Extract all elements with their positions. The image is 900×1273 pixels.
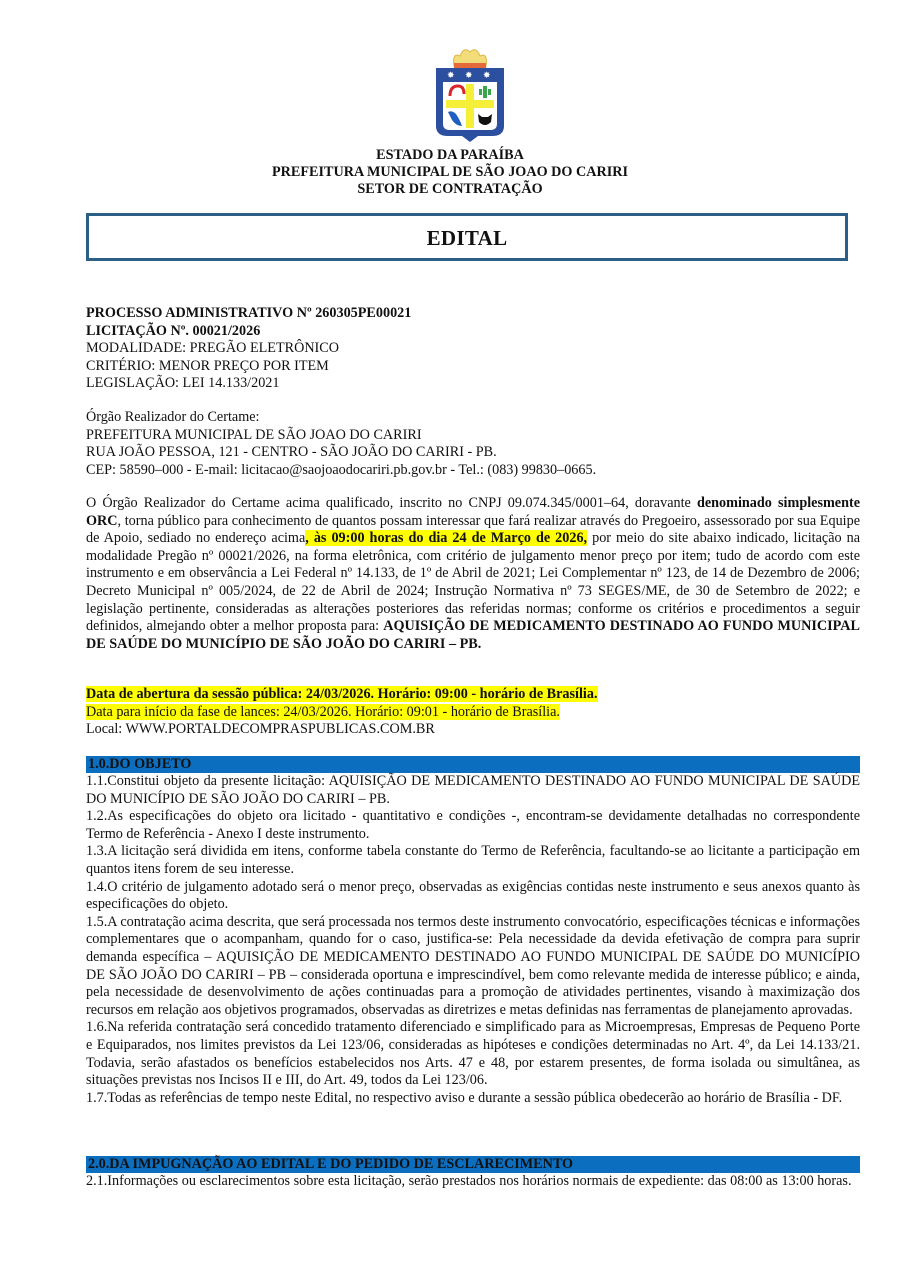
highlighted-session-time: , às 09:00 horas do dia 24 de Março de 2… bbox=[305, 530, 587, 546]
bidding-start-date: Data para início da fase de lances: 24/0… bbox=[86, 704, 560, 720]
page-title: EDITAL bbox=[89, 226, 845, 251]
list-item: 1.5.A contratação acima descrita, que se… bbox=[86, 914, 860, 1020]
session-opening-date: Data de abertura da sessão pública: 24/0… bbox=[86, 686, 598, 702]
orgao-name: PREFEITURA MUNICIPAL DE SÃO JOAO DO CARI… bbox=[86, 427, 860, 445]
list-item: 1.4.O critério de julgamento adotado ser… bbox=[86, 879, 860, 914]
process-info: PROCESSO ADMINISTRATIVO Nº 260305PE00021… bbox=[86, 305, 860, 393]
criterio: CRITÉRIO: MENOR PREÇO POR ITEM bbox=[86, 358, 860, 376]
orgao-email-link[interactable]: licitacao@saojoaodocariri.pb.gov.br bbox=[241, 462, 447, 478]
orgao-info: Órgão Realizador do Certame: PREFEITURA … bbox=[86, 409, 860, 479]
section-heading: 1.0.DO OBJETO bbox=[86, 756, 860, 773]
list-item: 1.7.Todas as referências de tempo neste … bbox=[86, 1090, 860, 1108]
header-municipality: PREFEITURA MUNICIPAL DE SÃO JOAO DO CARI… bbox=[0, 165, 900, 180]
section-objeto: 1.0.DO OBJETO 1.1.Constitui objeto da pr… bbox=[86, 756, 860, 1107]
edital-title-box: EDITAL bbox=[86, 213, 848, 261]
intro-paragraph: O Órgão Realizador do Certame acima qual… bbox=[86, 495, 860, 653]
modalidade: MODALIDADE: PREGÃO ELETRÔNICO bbox=[86, 340, 860, 358]
municipal-coat-of-arms-icon: ✸ ✸ ✸ bbox=[430, 44, 510, 144]
list-item: 1.1.Constitui objeto da presente licitaç… bbox=[86, 773, 860, 808]
section-heading: 2.0.DA IMPUGNAÇÃO AO EDITAL E DO PEDIDO … bbox=[86, 1156, 860, 1173]
licitacao-number: LICITAÇÃO Nº. 00021/2026 bbox=[86, 323, 860, 341]
svg-text:✸: ✸ bbox=[483, 71, 491, 81]
svg-text:✸: ✸ bbox=[447, 71, 455, 81]
list-item: 2.1.Informações ou esclarecimentos sobre… bbox=[86, 1173, 860, 1191]
header-state: ESTADO DA PARAÍBA bbox=[0, 148, 900, 163]
session-location: Local: WWW.PORTALDECOMPRASPUBLICAS.COM.B… bbox=[86, 721, 860, 739]
orgao-label: Órgão Realizador do Certame: bbox=[86, 409, 860, 427]
processo-number: PROCESSO ADMINISTRATIVO Nº 260305PE00021 bbox=[86, 305, 860, 323]
orgao-address: RUA JOÃO PESSOA, 121 - CENTRO - SÃO JOÃO… bbox=[86, 444, 860, 462]
header-sector: SETOR DE CONTRATAÇÃO bbox=[0, 182, 900, 197]
list-item: 1.6.Na referida contratação será concedi… bbox=[86, 1019, 860, 1089]
section-impugnacao: 2.0.DA IMPUGNAÇÃO AO EDITAL E DO PEDIDO … bbox=[86, 1156, 860, 1191]
legislacao: LEGISLAÇÃO: LEI 14.133/2021 bbox=[86, 375, 860, 393]
orgao-contact: CEP: 58590–000 - E-mail: licitacao@saojo… bbox=[86, 462, 860, 480]
list-item: 1.3.A licitação será dividida em itens, … bbox=[86, 843, 860, 878]
schedule-block: Data de abertura da sessão pública: 24/0… bbox=[86, 686, 860, 739]
list-item: 1.2.As especificações do objeto ora lici… bbox=[86, 808, 860, 843]
svg-text:✸: ✸ bbox=[465, 71, 473, 81]
